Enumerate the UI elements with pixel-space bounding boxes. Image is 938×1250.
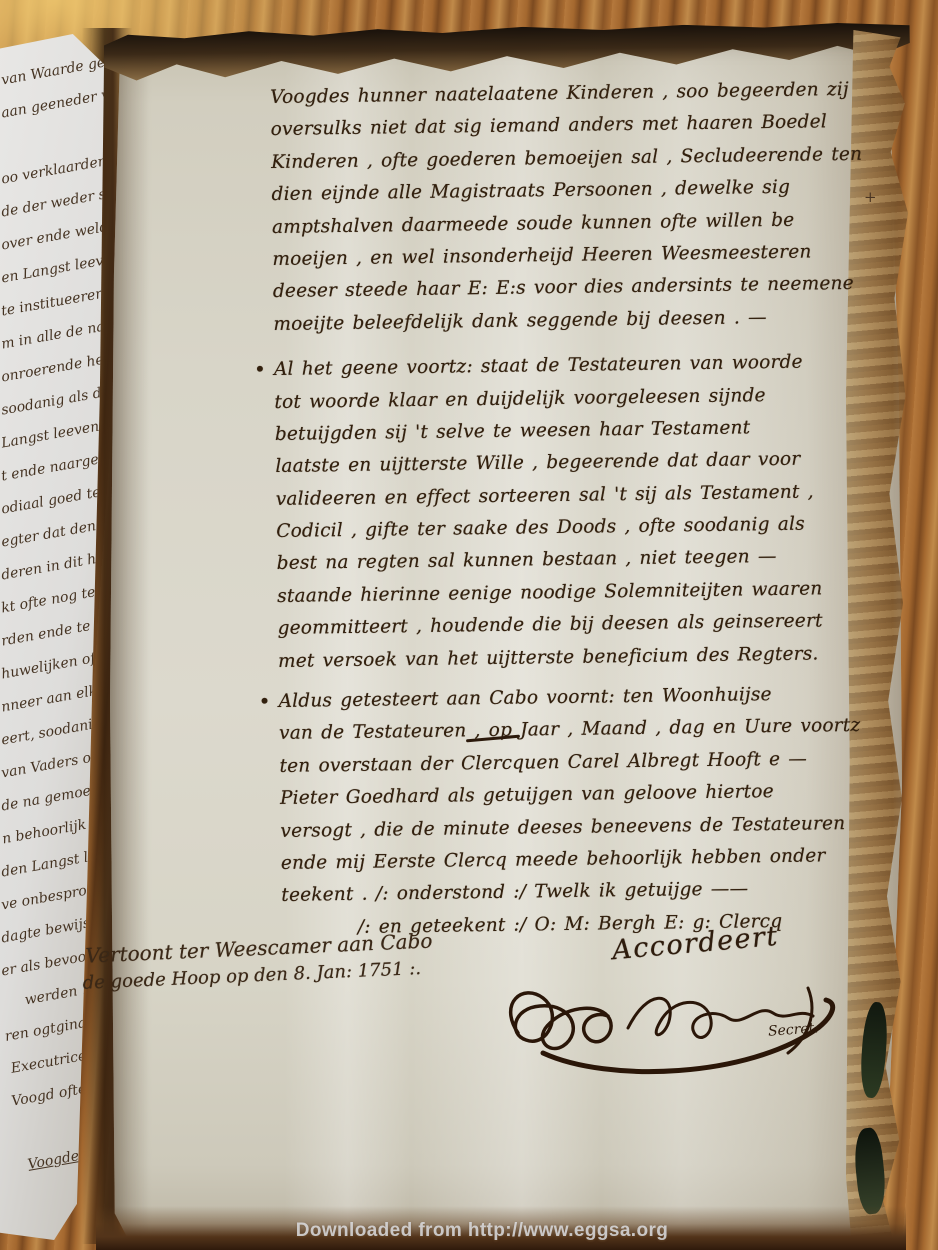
- manuscript-photo: { "watermark": "Downloaded from http://w…: [0, 0, 938, 1250]
- previous-page-text-fragments: van Waarde gehoudenaan geeneder waardeoo…: [0, 48, 96, 1170]
- body-paragraph-3: • Aldus getesteert aan Cabo voornt: ten …: [278, 677, 896, 945]
- paragraph-marker: •: [254, 357, 266, 381]
- paragraph-marker: •: [258, 689, 270, 713]
- paragraph-lines: Aldus getesteert aan Cabo voornt: ten Wo…: [278, 677, 896, 945]
- body-paragraph-2: • Al het geene voortz: staat de Testateu…: [274, 346, 892, 678]
- manuscript-text-block: Voogdes hunner naatelaatene Kinderen , s…: [270, 73, 896, 945]
- secretary-signature-flourish: [488, 958, 878, 1093]
- body-paragraph-1: Voogdes hunner naatelaatene Kinderen , s…: [270, 73, 888, 341]
- signature-strokes: [488, 958, 878, 1093]
- margin-cross-mark: +: [864, 188, 877, 206]
- watermark-text: Downloaded from http://www.eggsa.org: [282, 1220, 682, 1242]
- paragraph-lines: Al het geene voortz: staat de Testateure…: [274, 346, 892, 678]
